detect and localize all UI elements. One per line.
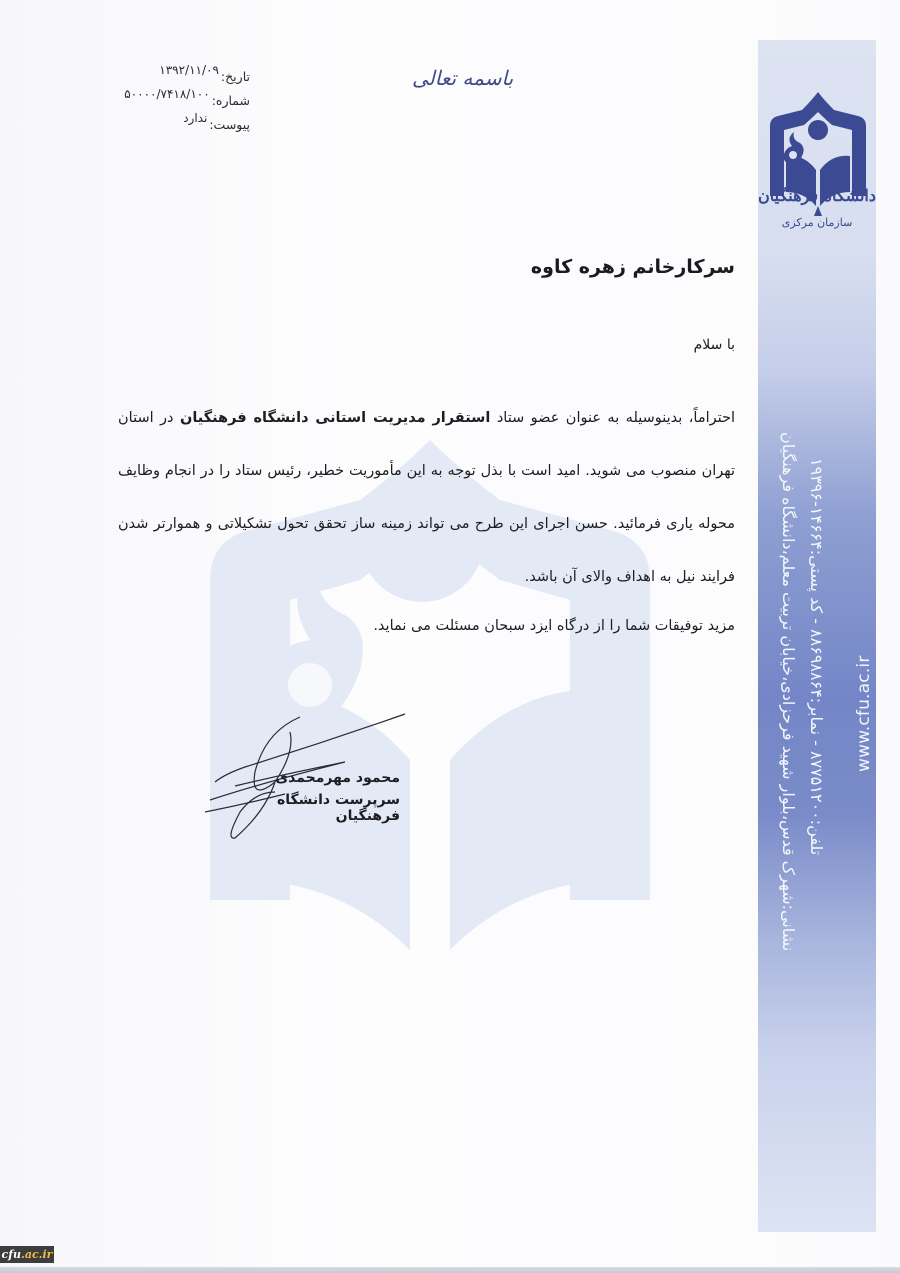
invocation-heading: باسمه تعالی (412, 66, 513, 90)
meta-attachment-value: ندارد (183, 111, 207, 125)
meta-attachment-label: پیوست: (209, 117, 250, 132)
body-suffix: در استان تهران منصوب می شوید. امید است ب… (118, 410, 735, 585)
signatory-name: محمود مهرمحمدی (240, 770, 400, 786)
recipient: سرکارخانم زهره کاوه (531, 256, 735, 278)
meta-number: شماره: ۵۰۰۰۰/۷۴۱۸/۱۰۰ (90, 84, 250, 108)
greeting: با سلام (694, 337, 735, 353)
sidebar-website-link[interactable]: www.cfu.ac.ir (854, 655, 874, 772)
page-bottom-edge (0, 1267, 900, 1273)
body-paragraph: احتراماً، بدینوسیله به عنوان عضو ستاد اس… (118, 392, 735, 604)
meta-number-value: ۵۰۰۰۰/۷۴۱۸/۱۰۰ (124, 87, 209, 101)
meta-attachment: پیوست: ندارد (90, 108, 250, 132)
signatory-title: سرپرست دانشگاه فرهنگیان (230, 792, 400, 824)
meta-date-value: ۱۳۹۲/۱۱/۰۹ (159, 63, 219, 77)
meta-date-label: تاریخ: (221, 69, 250, 84)
site-badge-link[interactable]: cfu.ac.ir (0, 1246, 54, 1263)
sidebar-address: نشانی:شهرک قدس،بلوار شهید فرحزادی،خیابان… (779, 432, 798, 951)
logo-subtitle: سازمان مرکزی (758, 216, 876, 229)
meta-date: تاریخ: ۱۳۹۲/۱۱/۰۹ (90, 60, 250, 84)
logo-title: دانشگاه فرهنگیان (758, 186, 876, 205)
sidebar-contact: تلفن:۸۷۷۵۱۲۰۰ - نمابر:۸۸۶۹۸۸۶۴ - کد پستی… (807, 458, 826, 855)
body-prefix: احتراماً، بدینوسیله به عنوان عضو ستاد (490, 410, 735, 426)
letter-meta: تاریخ: ۱۳۹۲/۱۱/۰۹ شماره: ۵۰۰۰۰/۷۴۱۸/۱۰۰ … (90, 60, 250, 132)
closing-line: مزید توفیقات شما را از درگاه ایزد سبحان … (373, 618, 735, 634)
site-badge-suffix: .ac.ir (21, 1248, 52, 1261)
body-bold-phrase: استقرار مدیریت استانی دانشگاه فرهنگیان (180, 410, 490, 426)
site-badge-prefix: cfu (2, 1248, 21, 1261)
meta-number-label: شماره: (212, 93, 250, 108)
paper-edge (876, 0, 900, 1273)
letter-body: احتراماً، بدینوسیله به عنوان عضو ستاد اس… (118, 392, 735, 604)
